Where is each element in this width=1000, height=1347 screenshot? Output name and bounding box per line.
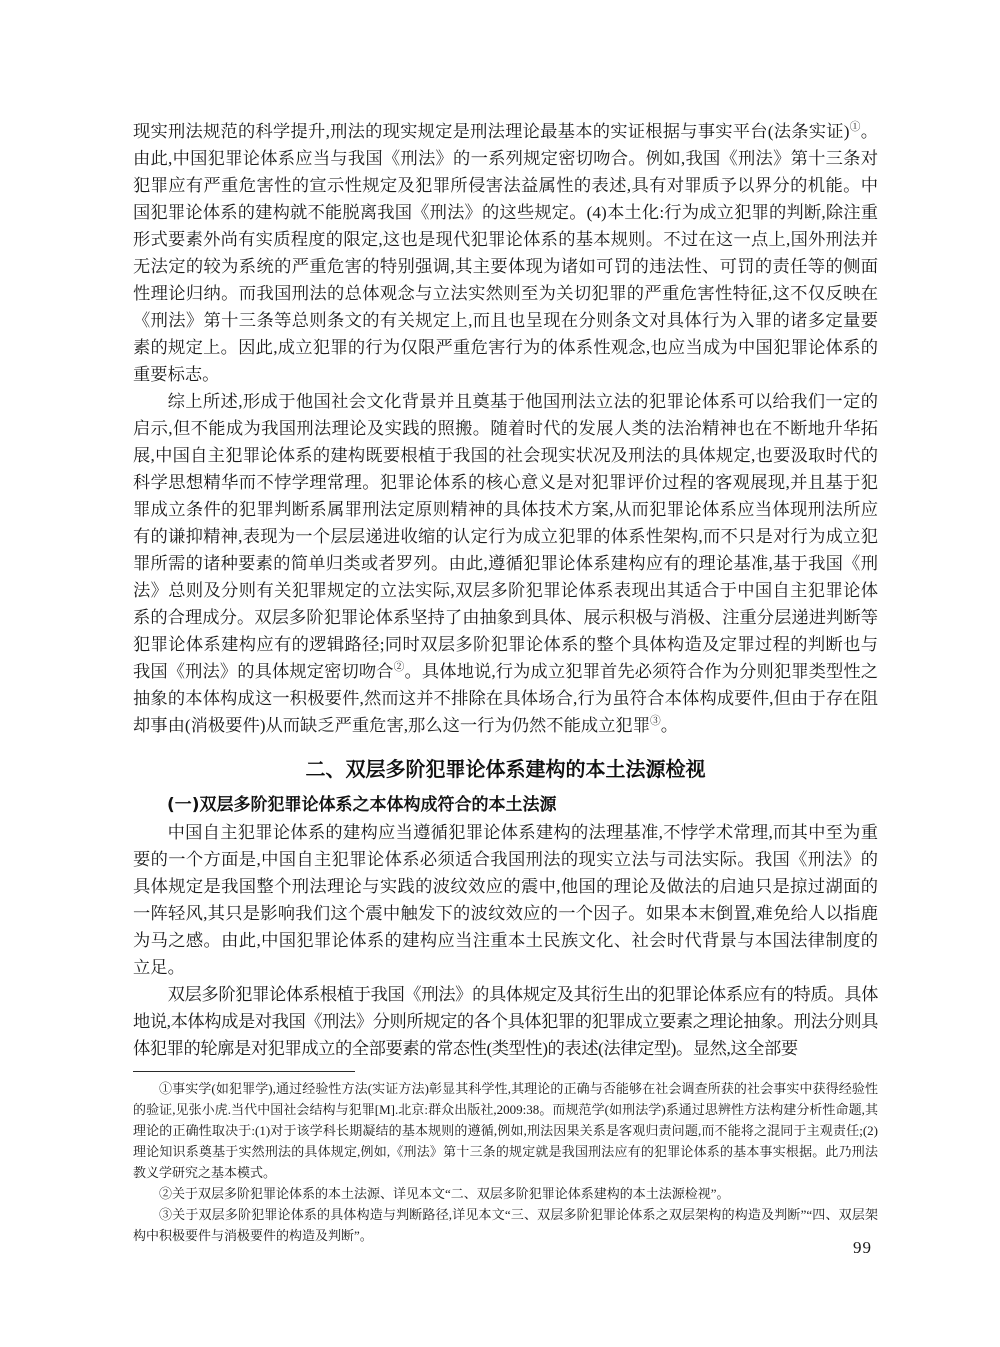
- body-paragraph-2: 综上所述,形成于他国社会文化背景并且奠基于他国刑法立法的犯罪论体系可以给我们一定…: [133, 388, 878, 739]
- footnote-3: ③关于双层多阶犯罪论体系的具体构造与判断路径,详见本文“三、双层多阶犯罪论体系之…: [133, 1204, 878, 1246]
- footnote-1: ①事实学(如犯罪学),通过经验性方法(实证方法)彰显其科学性,其理论的正确与否能…: [133, 1078, 878, 1183]
- section-heading: 二、双层多阶犯罪论体系建构的本土法源检视: [133, 756, 878, 783]
- footnotes-section: ①事实学(如犯罪学),通过经验性方法(实证方法)彰显其科学性,其理论的正确与否能…: [133, 1078, 878, 1246]
- footnote-2: ②关于双层多阶犯罪论体系的本土法源、详见本文“二、双层多阶犯罪论体系建构的本土法…: [133, 1183, 878, 1204]
- body-paragraph-4: 双层多阶犯罪论体系根植于我国《刑法》的具体规定及其衍生出的犯罪论体系应有的特质。…: [133, 981, 878, 1062]
- page-number: 99: [853, 1238, 872, 1258]
- page-content: 现实刑法规范的科学提升,刑法的现实规定是刑法理论最基本的实证根据与事实平台(法条…: [133, 118, 878, 1246]
- document-page: 现实刑法规范的科学提升,刑法的现实规定是刑法理论最基本的实证根据与事实平台(法条…: [0, 0, 1000, 1347]
- body-paragraph-1: 现实刑法规范的科学提升,刑法的现实规定是刑法理论最基本的实证根据与事实平台(法条…: [133, 118, 878, 388]
- footnote-divider: [133, 1071, 355, 1072]
- subsection-heading: (一)双层多阶犯罪论体系之本体构成符合的本土法源: [133, 792, 878, 819]
- body-paragraph-3: 中国自主犯罪论体系的建构应当遵循犯罪论体系建构的法理基准,不悖学术常理,而其中至…: [133, 819, 878, 981]
